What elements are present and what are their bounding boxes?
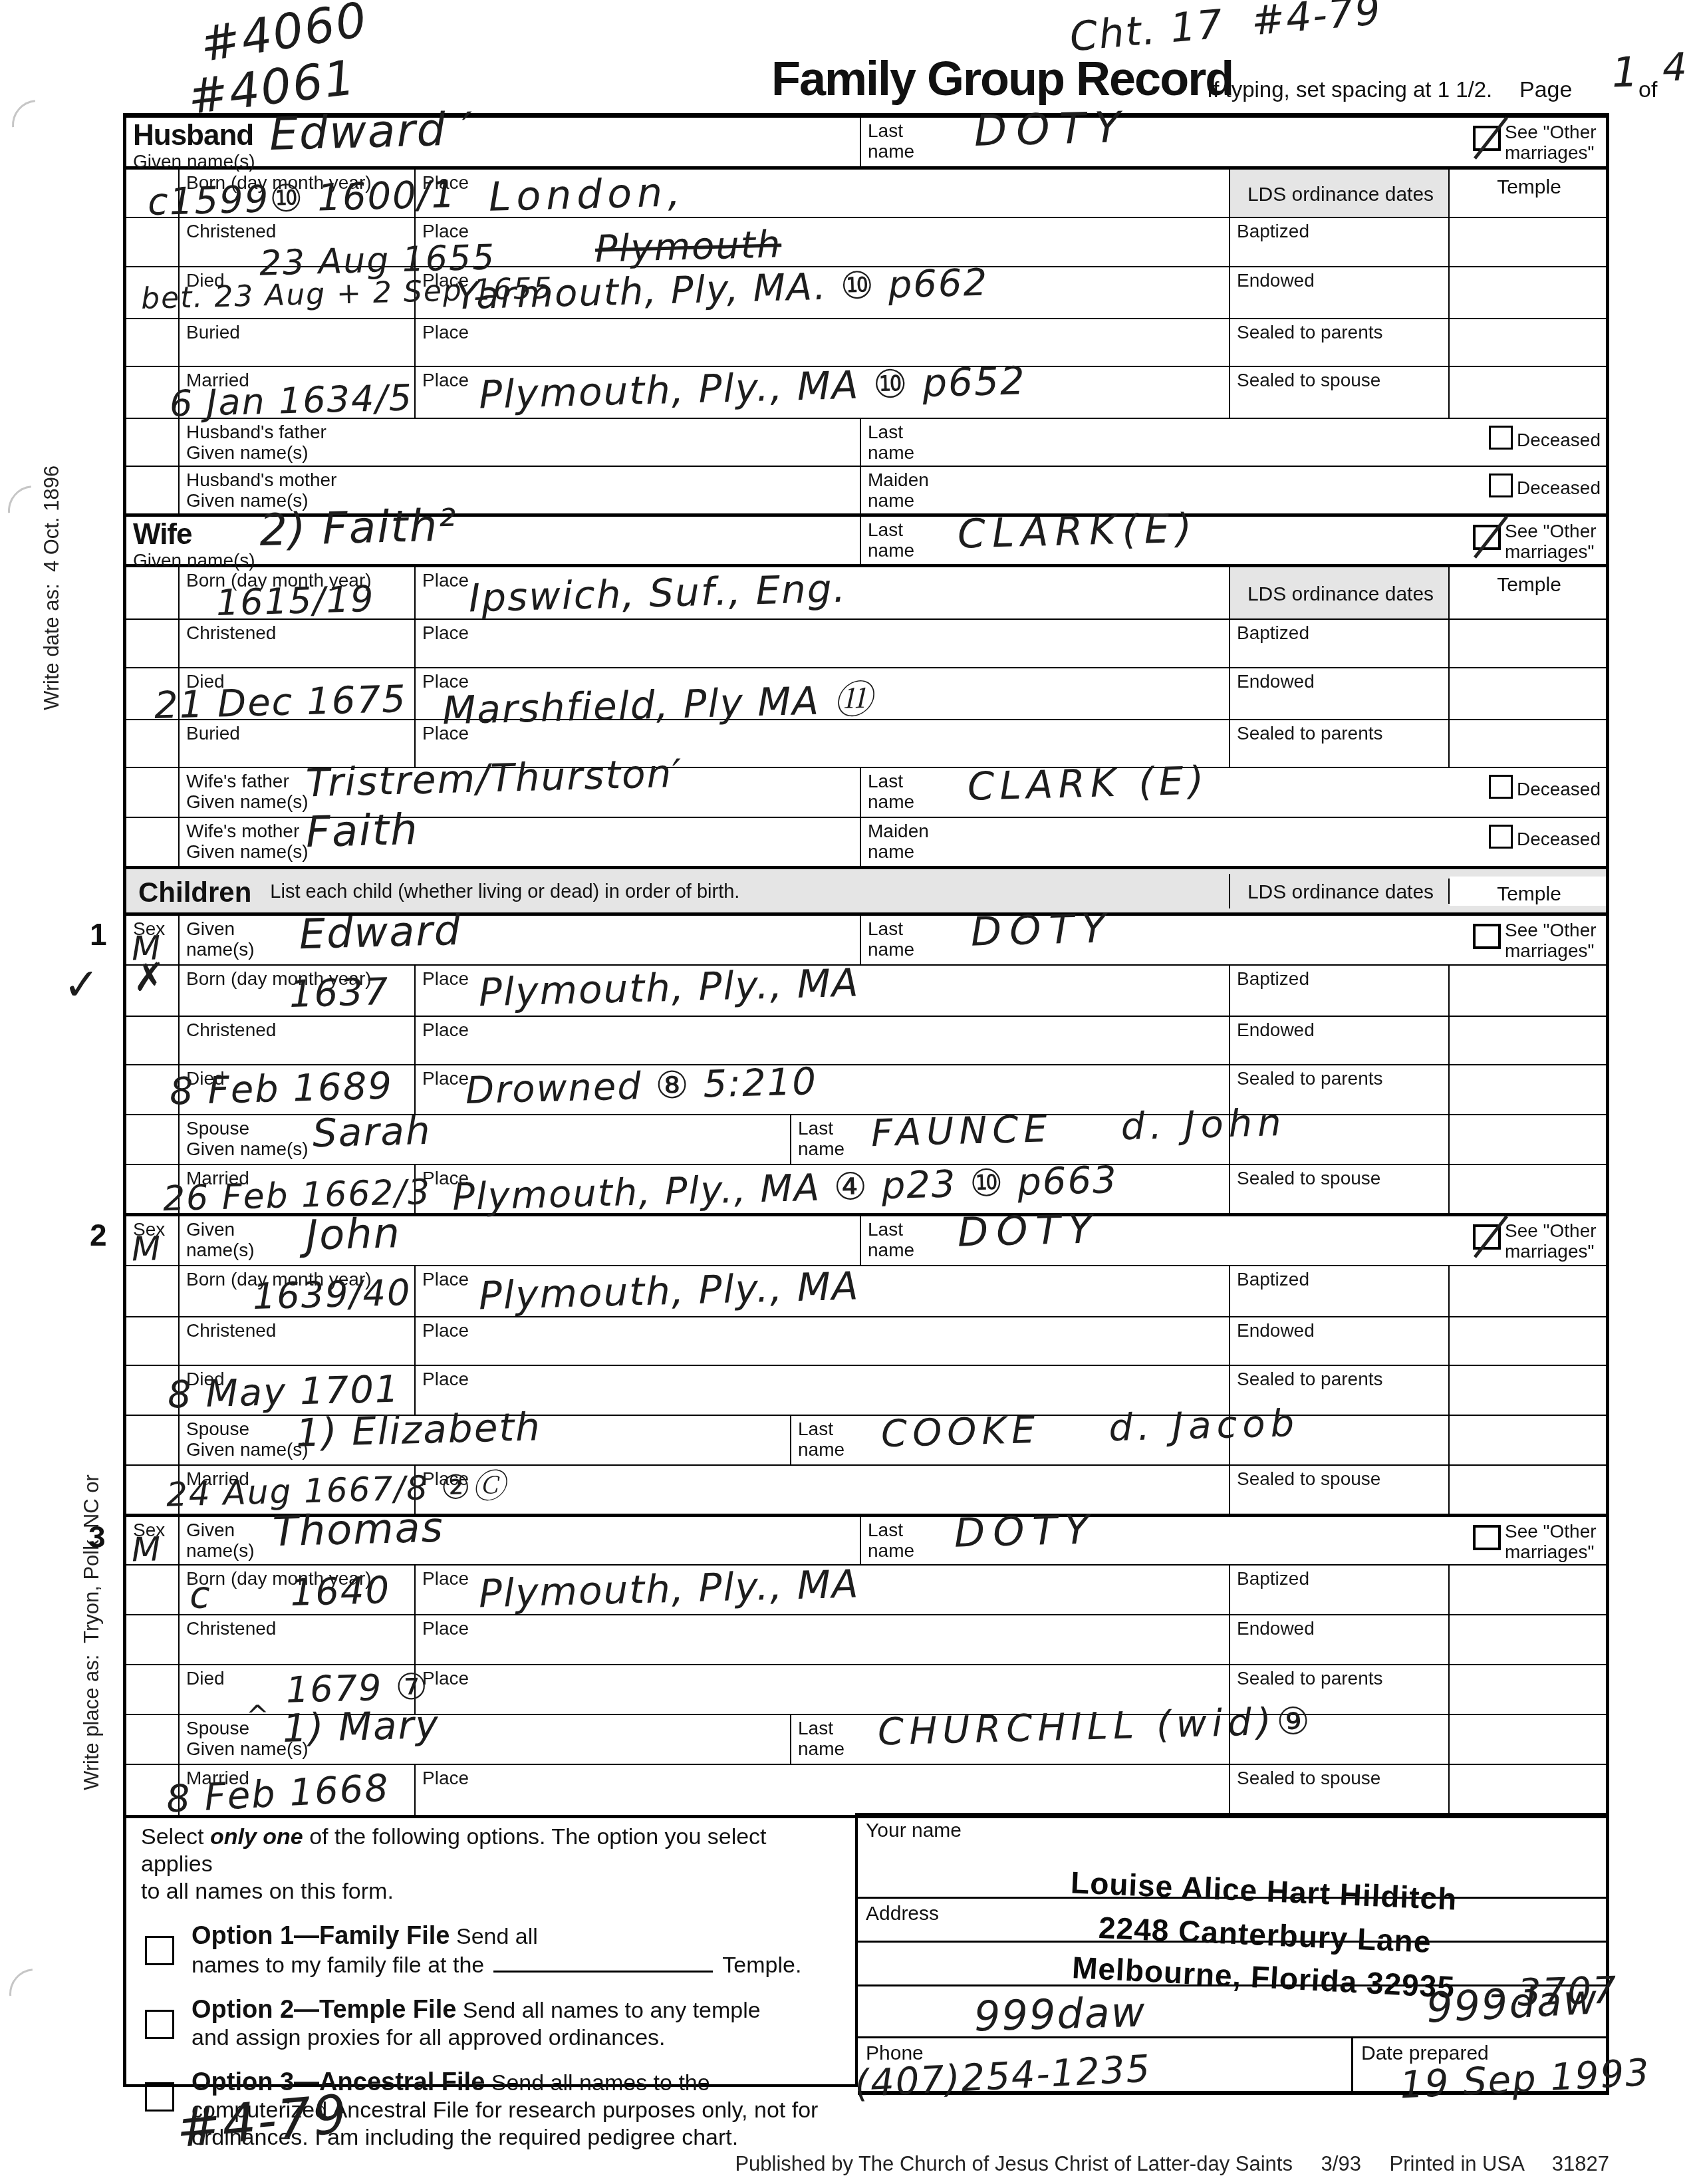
husband-endowed-cell: Endowed	[1230, 267, 1450, 318]
child-1-number: 1	[90, 916, 107, 952]
page-of-label: of	[1638, 77, 1657, 103]
place-label: Place	[422, 172, 469, 193]
husband-buried-place-cell: Place	[416, 319, 1230, 366]
wife-father-last-cell: Lastname CLARK (E) Deceased	[861, 768, 1606, 817]
husband-died-place-struck: Plymouth	[594, 226, 782, 268]
given-label: name(s)	[186, 1240, 856, 1260]
options-intro-pre: Select	[141, 1824, 210, 1849]
contact-box: Your name Address Phone (407)254-1235 Da…	[858, 1813, 1609, 2095]
option-1-checkbox	[145, 1936, 174, 1965]
child-2-sealed-spouse-cell: Sealed to spouse	[1230, 1466, 1450, 1514]
child-2-last-value: DOTY	[957, 1209, 1101, 1253]
child-2-christened-cell: Christened	[180, 1317, 416, 1365]
child-2-number: 2	[90, 1217, 107, 1253]
see-other-line1: See "Other	[1505, 1521, 1603, 1542]
child-1-spouse-last-value: FAUNCE d. John	[870, 1105, 1287, 1153]
page-number-value: 1	[1611, 51, 1640, 93]
endowed-label: Endowed	[1237, 1618, 1315, 1639]
wife-section-label: Wife	[133, 519, 856, 550]
spouse-given-label: Given name(s)	[186, 1738, 786, 1759]
husband-last-value: DOTY	[974, 106, 1130, 153]
place-label: Place	[422, 1618, 469, 1639]
child-1-born-value: 1637	[289, 974, 390, 1014]
child-1-sealed-spouse-cell: Sealed to spouse	[1230, 1165, 1450, 1213]
margin-cell	[126, 1566, 180, 1614]
sealed-spouse-label: Sealed to spouse	[1237, 370, 1380, 390]
place-label: Place	[422, 370, 469, 390]
temple-cell	[1450, 668, 1606, 719]
husband-given-cell: Husband Given name(s) Edward ′	[126, 118, 861, 166]
temple-cell	[1450, 1266, 1606, 1316]
phone-cell: Phone (407)254-1235	[858, 2038, 1353, 2091]
options-intro-bold: only one	[210, 1824, 303, 1849]
child-1-died-value: 8 Feb 1689	[169, 1068, 393, 1111]
margin-cell	[126, 1665, 180, 1714]
wife-mother-cell: Wife's motherGiven name(s) Faith	[180, 818, 861, 866]
children-note: List each child (whether living or dead)…	[270, 881, 739, 903]
child-3-born-cell: Born (day month year) c 1640	[180, 1566, 416, 1614]
child-1-see-other-label: See "Othermarriages"	[1505, 920, 1603, 961]
child-1-checkmark: ✓	[63, 962, 102, 1007]
husband-died-place-value: Yarmouth, Ply, MA. ⑩ p662	[455, 265, 988, 316]
husband-married-cell: Married 6 Jan 1634/5	[180, 367, 416, 418]
wife-last-value: CLARK(E)	[957, 508, 1199, 554]
wife-died-cell: Died 21 Dec 1675	[180, 668, 416, 719]
place-label: Place	[422, 1369, 469, 1389]
child-1-married-row: Married 26 Feb 1662/3 Place Plymouth, Pl…	[126, 1165, 1606, 1216]
child-1-married-place-cell: Place Plymouth, Ply., MA ④ p23 ⑩ p663	[416, 1165, 1230, 1213]
husband-mother-maiden-cell: Maidenname Deceased	[861, 467, 1606, 513]
temple-cell	[1450, 1466, 1606, 1514]
option-3-text1: Send all names to the	[491, 2070, 710, 2096]
child-3-number: 3	[88, 1519, 106, 1555]
child-3-spouse-value: 1) Mary	[282, 1705, 440, 1748]
child-3-spouse-caret: ^	[245, 1702, 271, 1730]
temple-cell	[1450, 1065, 1606, 1114]
husband-born-row: Born (day month year) c1599⑩ 1600/1 Plac…	[126, 170, 1606, 218]
margin-cell	[126, 818, 180, 866]
husband-married-place-cell: Place Plymouth, Ply., MA ⑩ p652	[416, 367, 1230, 418]
margin-cell	[126, 620, 180, 667]
child-3-last-cell: Lastname DOTY See "Othermarriages"	[861, 1517, 1606, 1564]
husband-born-place-value: London,	[488, 172, 686, 217]
option-1-text2: names to my family file at the	[192, 1953, 484, 1978]
your-name-label: Your name	[858, 1816, 962, 1842]
wife-name-row: Wife Given name(s) 2) Faith² Lastname CL…	[126, 517, 1606, 567]
see-other-line2: marriages"	[1505, 142, 1603, 163]
sealed-parents-label: Sealed to parents	[1237, 1668, 1383, 1689]
lds-ordinance-header: LDS ordinance dates	[1230, 170, 1450, 217]
temple-cell	[1450, 1366, 1606, 1415]
child-1-died-place-value: Drowned ⑧ 5:210	[465, 1063, 817, 1110]
child-3-married-value: 8 Feb 1668	[166, 1770, 390, 1819]
baptized-label: Baptized	[1237, 221, 1309, 241]
child-2-see-other-checkbox	[1473, 1224, 1501, 1250]
child-2-sex-value: M	[131, 1232, 162, 1266]
option-2-text1: Send all names to any temple	[463, 1998, 761, 2023]
margin-cell	[126, 567, 180, 618]
child-1-name-row: Sex M Givenname(s) Edward Lastname DOTY …	[126, 916, 1606, 966]
sealed-parents-label: Sealed to parents	[1237, 723, 1383, 744]
child-3-endowed-cell: Endowed	[1230, 1615, 1450, 1664]
options-intro-line2: to all names on this form.	[141, 1879, 394, 1904]
husband-father-deceased-checkbox	[1489, 426, 1513, 450]
wife-mother-value: Faith	[305, 809, 419, 854]
child-1-born-place-value: Plymouth, Ply., MA	[478, 964, 860, 1012]
wife-mother-deceased-checkbox	[1489, 825, 1513, 849]
option-2-text2: and assign proxies for all approved ordi…	[192, 2025, 666, 2050]
wife-endowed-cell: Endowed	[1230, 668, 1450, 719]
margin-cell	[126, 1317, 180, 1365]
temple-cell	[1450, 966, 1606, 1016]
margin-cell	[126, 319, 180, 366]
child-2-endowed-cell: Endowed	[1230, 1317, 1450, 1365]
baptized-label: Baptized	[1237, 1269, 1309, 1290]
husband-buried-cell: Buried	[180, 319, 416, 366]
child-3-baptized-cell: Baptized	[1230, 1566, 1450, 1614]
child-1-born-cell: Born (day month year) 1637	[180, 966, 416, 1016]
child-2-given-cell: Givenname(s) John	[180, 1216, 861, 1265]
margin-cell	[126, 1266, 180, 1316]
child-1-died-cell: Died 8 Feb 1689	[180, 1065, 416, 1114]
wife-father-value: Tristrem/Thurston′	[305, 754, 683, 803]
child-2-baptized-cell: Baptized	[1230, 1266, 1450, 1316]
temple-cell	[1450, 1115, 1606, 1164]
baptized-label: Baptized	[1237, 968, 1309, 989]
child-1-spouse-row: SpouseGiven name(s) Sarah Lastname FAUNC…	[126, 1115, 1606, 1165]
option-2-checkbox	[145, 2010, 174, 2039]
option-1-blank-line	[493, 1951, 713, 1973]
hand-chart-ref: Cht. 17 #4-79	[1068, 0, 1383, 57]
wife-baptized-cell: Baptized	[1230, 620, 1450, 667]
husband-father-cell: Husband's fatherGiven name(s)	[180, 419, 861, 466]
wife-christened-row: Christened Place Baptized	[126, 620, 1606, 668]
child-3-spouse-row: SpouseGiven name(s) ^ 1) Mary Lastname C…	[126, 1715, 1606, 1765]
child-1-married-cell: Married 26 Feb 1662/3	[180, 1165, 416, 1213]
died-label: Died	[186, 1668, 225, 1689]
child-2-sex-cell: Sex M	[126, 1216, 180, 1265]
wife-given-cell: Wife Given name(s) 2) Faith²	[126, 517, 861, 564]
child-3-married-cell: Married 8 Feb 1668	[180, 1765, 416, 1815]
see-other-line1: See "Other	[1505, 1220, 1603, 1241]
child-3-christened-place-cell: Place	[416, 1615, 1230, 1664]
child-3-born-place-value: Plymouth, Ply., MA	[478, 1565, 860, 1613]
place-label: Place	[422, 1668, 469, 1689]
margin-cell	[126, 419, 180, 466]
child-2-born-place-value: Plymouth, Ply., MA	[478, 1267, 860, 1315]
temple-cell	[1450, 1765, 1606, 1815]
margin-cell	[126, 1615, 180, 1664]
child-1-spouse-cell: SpouseGiven name(s) Sarah	[180, 1115, 791, 1164]
margin-cell	[126, 1715, 180, 1764]
options-intro: Select only one of the following options…	[141, 1824, 843, 1905]
option-1-temple-suffix: Temple.	[722, 1953, 801, 1978]
footer-form-number: 31827	[1552, 2152, 1609, 2175]
endowed-label: Endowed	[1237, 1020, 1315, 1040]
given-label: name(s)	[186, 939, 856, 960]
family-group-record-table: Husband Given name(s) Edward ′ Lastname …	[123, 113, 1609, 1818]
lds-empty-cell	[1230, 1115, 1450, 1164]
temple-label: Temple	[1497, 574, 1561, 596]
place-label: Place	[422, 1320, 469, 1341]
place-label: Place	[422, 1568, 469, 1589]
husband-mother-label: Husband's mother	[186, 470, 856, 490]
child-1-christened-cell: Christened	[180, 1017, 416, 1064]
husband-see-other-label: See "Othermarriages"	[1505, 122, 1603, 163]
wife-christened-place-cell: Place	[416, 620, 1230, 667]
child-2-died-cell: Died 8 May 1701	[180, 1366, 416, 1415]
margin-cell	[126, 218, 180, 266]
hand-note-left: 999daw	[974, 1992, 1146, 2038]
husband-died-place-cell: Place Plymouth Yarmouth, Ply, MA. ⑩ p662	[416, 267, 1230, 318]
option-1-text: Option 1—Family File Send all names to m…	[192, 1923, 801, 1979]
child-3-sex-cell: Sex M	[126, 1517, 180, 1564]
wife-sealed-parents-cell: Sealed to parents	[1230, 720, 1450, 767]
see-other-line1: See "Other	[1505, 521, 1603, 541]
sealed-parents-label: Sealed to parents	[1237, 1068, 1383, 1089]
margin-cell	[126, 1115, 180, 1164]
place-label: Place	[422, 1468, 469, 1489]
husband-died-row: Died 23 Aug 1655 bet. 23 Aug + 2 Sep 165…	[126, 267, 1606, 319]
see-other-line1: See "Other	[1505, 122, 1603, 142]
child-2-born-cell: Born (day month year) 1639/40	[180, 1266, 416, 1316]
child-1-x-mark: ✗	[132, 957, 167, 996]
given-label: Given	[186, 918, 856, 939]
christened-label: Christened	[186, 622, 276, 643]
christened-label: Christened	[186, 1618, 276, 1639]
child-3-christened-cell: Christened	[180, 1615, 416, 1664]
buried-label: Buried	[186, 723, 240, 744]
options-box: Select only one of the following options…	[123, 1813, 858, 2087]
temple-cell	[1450, 1566, 1606, 1614]
husband-sealed-parents-cell: Sealed to parents	[1230, 319, 1450, 366]
place-label: Place	[422, 322, 469, 342]
temple-cell	[1450, 218, 1606, 266]
husband-born-cell: Born (day month year) c1599⑩ 1600/1	[180, 170, 416, 217]
bottom-left-hand-number: #4-79	[174, 2088, 350, 2155]
lds-header-label: LDS ordinance dates	[1247, 184, 1434, 206]
christened-label: Christened	[186, 1020, 276, 1040]
see-other-line2: marriages"	[1505, 1241, 1603, 1262]
children-section-label: Children	[138, 877, 251, 908]
child-2-spouse-last-cell: Lastname COOKE d. Jacob	[791, 1416, 1230, 1464]
see-other-line2: marriages"	[1505, 541, 1603, 562]
child-3-sealed-spouse-cell: Sealed to spouse	[1230, 1765, 1450, 1815]
child-3-see-other-checkbox	[1473, 1525, 1501, 1550]
temple-label: Temple	[1497, 176, 1561, 198]
husband-christened-place-cell: Place	[416, 218, 1230, 266]
wife-given-value: 2) Faith²	[259, 503, 457, 553]
child-3-born-place-cell: Place Plymouth, Ply., MA	[416, 1566, 1230, 1614]
footer-publisher-line: Published by The Church of Jesus Christ …	[665, 2152, 1609, 2176]
child-1-died-row: Died 8 Feb 1689 Place Drowned ⑧ 5:210 Se…	[126, 1065, 1606, 1115]
wife-father-cell: Wife's fatherGiven name(s) Tristrem/Thur…	[180, 768, 861, 817]
husband-father-label: Husband's father	[186, 422, 856, 442]
child-3-spouse-last-cell: Lastname CHURCHILL (wid)⑨	[791, 1715, 1230, 1764]
lds-header-label: LDS ordinance dates	[1247, 881, 1434, 904]
temple-cell	[1450, 1665, 1606, 1714]
option-1-row: Option 1—Family File Send all names to m…	[141, 1923, 843, 1979]
baptized-label: Baptized	[1237, 1568, 1309, 1589]
husband-father-last-cell: Lastname Deceased	[861, 419, 1606, 466]
husband-born-place-cell: Place London,	[416, 170, 1230, 217]
wife-mother-maiden-cell: Maidenname Deceased	[861, 818, 1606, 866]
wife-see-other-label: See "Othermarriages"	[1505, 521, 1603, 562]
endowed-label: Endowed	[1237, 671, 1315, 692]
scanned-form-page: #4060 #4061 Cht. 17 #4-79 Family Group R…	[0, 0, 1689, 2184]
page-total-value: 4	[1662, 48, 1688, 87]
wife-father-last-value: CLARK (E)	[967, 761, 1210, 805]
husband-died-cell: Died 23 Aug 1655 bet. 23 Aug + 2 Sep 165…	[180, 267, 416, 318]
child-3-spouse-cell: SpouseGiven name(s) ^ 1) Mary	[180, 1715, 791, 1764]
hand-note-right: 999daw	[1426, 1979, 1599, 2028]
deceased-label: Deceased	[1517, 829, 1601, 850]
phone-date-row: Phone (407)254-1235 Date prepared 19 Sep…	[858, 2038, 1606, 2093]
sealed-parents-label: Sealed to parents	[1237, 322, 1383, 342]
child-3-see-other-label: See "Othermarriages"	[1505, 1521, 1603, 1562]
margin-cell	[126, 467, 180, 513]
deceased-label: Deceased	[1517, 478, 1601, 499]
child-2-spouse-value: 1) Elizabeth	[295, 1407, 541, 1452]
endowed-label: Endowed	[1237, 270, 1315, 291]
option-2-text: Option 2—Temple File Send all names to a…	[192, 1996, 761, 2052]
date-prepared-value: 19 Sep 1993	[1399, 2054, 1651, 2105]
scan-artifact	[1, 89, 72, 160]
child-1-last-cell: Lastname DOTY See "Othermarriages"	[861, 916, 1606, 964]
husband-married-value: 6 Jan 1634/5	[169, 380, 413, 422]
option-1-text1: Send all	[456, 1924, 538, 1949]
child-1-baptized-cell: Baptized	[1230, 966, 1450, 1016]
child-3-married-row: Married 8 Feb 1668 Place Sealed to spous…	[126, 1765, 1606, 1815]
temple-header: Temple	[1450, 877, 1606, 906]
husband-given-label: Given name(s)	[133, 151, 255, 172]
spouse-label: Spouse	[186, 1118, 786, 1139]
option-3-checkbox	[145, 2082, 174, 2112]
spouse-given-label: Given name(s)	[186, 1139, 786, 1159]
lds-empty-cell	[1230, 1715, 1450, 1764]
husband-born-value: c1599⑩ 1600/1	[147, 176, 457, 221]
child-2-spouse-row: SpouseGiven name(s) 1) Elizabeth Lastnam…	[126, 1416, 1606, 1466]
husband-section-label: Husband	[133, 120, 856, 151]
wife-born-place-cell: Place Ipswich, Suf., Eng.	[416, 567, 1230, 618]
wife-father-deceased-checkbox	[1489, 775, 1513, 799]
child-2-born-place-cell: Place Plymouth, Ply., MA	[416, 1266, 1230, 1316]
child-2-christened-row: Christened Place Endowed	[126, 1317, 1606, 1366]
form-title: Family Group Record	[771, 52, 1233, 106]
margin-cell	[126, 720, 180, 767]
place-label: Place	[422, 1768, 469, 1788]
lds-ordinance-header: LDS ordinance dates	[1230, 567, 1450, 618]
temple-header: Temple	[1450, 170, 1606, 217]
footer-publisher: Published by The Church of Jesus Christ …	[735, 2152, 1293, 2175]
wife-born-place-value: Ipswich, Suf., Eng.	[468, 569, 846, 618]
children-header-cell: Children List each child (whether living…	[126, 874, 1230, 908]
child-2-died-value: 8 May 1701	[167, 1371, 400, 1414]
temple-cell	[1450, 1317, 1606, 1365]
child-3-name-row: Sex M Givenname(s) Thomas Lastname DOTY …	[126, 1517, 1606, 1566]
child-1-born-place-cell: Place Plymouth, Ply., MA	[416, 966, 1230, 1016]
given-names-label: Given name(s)	[186, 841, 856, 862]
option-2-label: Option 2—Temple File	[192, 1996, 456, 2024]
child-2-given-value: John	[305, 1212, 401, 1256]
child-2-born-row: Born (day month year) 1639/40 Place Plym…	[126, 1266, 1606, 1317]
child-2-last-cell: Lastname DOTY See "Othermarriages"	[861, 1216, 1606, 1265]
wife-last-cell: Lastname CLARK(E) See "Othermarriages"	[861, 517, 1606, 564]
given-names-label: Given name(s)	[186, 442, 856, 463]
child-1-see-other-checkbox	[1473, 924, 1501, 949]
child-2-married-place-cell: Place	[416, 1466, 1230, 1514]
child-3-last-value: DOTY	[954, 1510, 1097, 1554]
sealed-parents-label: Sealed to parents	[1237, 1369, 1383, 1389]
wife-mother-row: Wife's motherGiven name(s) Faith Maidenn…	[126, 818, 1606, 869]
see-other-line2: marriages"	[1505, 940, 1603, 961]
place-label: Place	[422, 1269, 469, 1290]
margin-note-place-line1: Write place as: Tryon, Polk, NC or	[80, 1428, 104, 1790]
place-label: Place	[422, 622, 469, 643]
child-2-see-other-label: See "Othermarriages"	[1505, 1220, 1603, 1262]
given-label: Given	[186, 1219, 856, 1240]
child-1-endowed-cell: Endowed	[1230, 1017, 1450, 1064]
husband-name-row: Husband Given name(s) Edward ′ Lastname …	[126, 118, 1606, 170]
lds-empty-cell	[1230, 1416, 1450, 1464]
see-other-line2: marriages"	[1505, 1542, 1603, 1562]
husband-see-other-checkbox	[1473, 126, 1501, 151]
date-prepared-cell: Date prepared 19 Sep 1993	[1353, 2038, 1606, 2091]
husband-last-cell: Lastname DOTY See "Othermarriages"	[861, 118, 1606, 166]
place-label: Place	[422, 1020, 469, 1040]
child-3-given-cell: Givenname(s) Thomas	[180, 1517, 861, 1564]
child-1-given-cell: Givenname(s) Edward	[180, 916, 861, 964]
child-3-given-value: Thomas	[272, 1507, 444, 1553]
place-label: Place	[422, 1068, 469, 1089]
temple-cell	[1450, 1416, 1606, 1464]
margin-cell	[126, 1017, 180, 1064]
husband-mother-deceased-checkbox	[1489, 474, 1513, 497]
see-other-line1: See "Other	[1505, 920, 1603, 940]
place-label: Place	[422, 570, 469, 591]
temple-cell	[1450, 620, 1606, 667]
place-label: Place	[422, 723, 469, 744]
temple-label: Temple	[1497, 883, 1561, 905]
temple-cell	[1450, 1615, 1606, 1664]
footer-revision: 3/93	[1321, 2152, 1361, 2175]
temple-cell	[1450, 1017, 1606, 1064]
wife-mother-label: Wife's mother	[186, 821, 856, 841]
lds-header-label: LDS ordinance dates	[1247, 583, 1434, 606]
child-3-born-row: Born (day month year) c 1640 Place Plymo…	[126, 1566, 1606, 1615]
christened-label: Christened	[186, 1320, 276, 1341]
baptized-label: Baptized	[1237, 622, 1309, 643]
child-2-born-value: 1639/40	[252, 1275, 412, 1315]
temple-cell	[1450, 367, 1606, 418]
husband-sealed-spouse-cell: Sealed to spouse	[1230, 367, 1450, 418]
christened-label: Christened	[186, 221, 276, 241]
wife-see-other-checkbox	[1473, 525, 1501, 550]
wife-christened-cell: Christened	[180, 620, 416, 667]
footer-printed-in: Printed in USA	[1390, 2152, 1524, 2175]
child-2-name-row: Sex M Givenname(s) John Lastname DOTY Se…	[126, 1216, 1606, 1266]
wife-died-place-cell: Place Marshfield, Ply MA ⑪	[416, 668, 1230, 719]
sealed-spouse-label: Sealed to spouse	[1237, 1468, 1380, 1489]
temple-cell	[1450, 1165, 1606, 1213]
page-label: Page	[1519, 77, 1572, 103]
endowed-label: Endowed	[1237, 1320, 1315, 1341]
sealed-spouse-label: Sealed to spouse	[1237, 1768, 1380, 1788]
child-1-sex-mark-cell: ✗	[126, 966, 180, 1016]
temple-cell	[1450, 1715, 1606, 1764]
margin-note-date: Write date as: 4 Oct. 1896	[40, 466, 64, 710]
husband-married-place-value: Plymouth, Ply., MA ⑩ p652	[478, 361, 1026, 414]
